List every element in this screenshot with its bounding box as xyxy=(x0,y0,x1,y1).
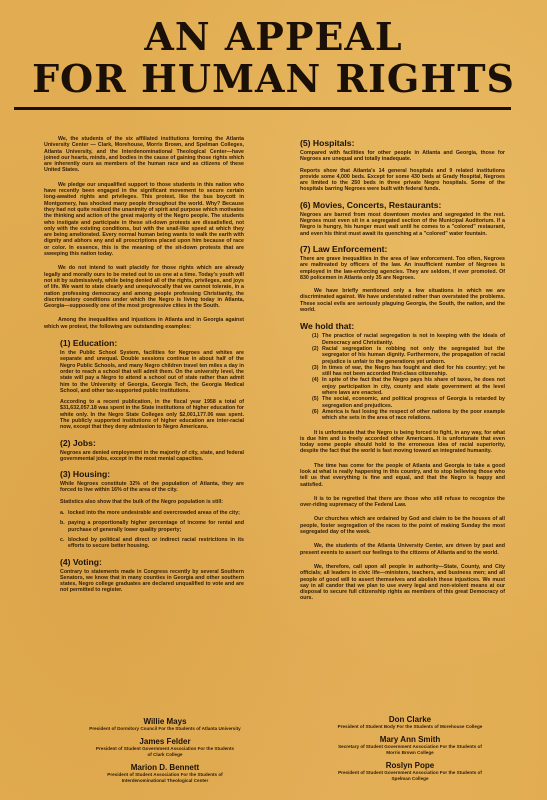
section-paragraph: Contrary to statements made in Congress … xyxy=(60,569,244,594)
signatory-title: President of Dormitory Council For the S… xyxy=(40,726,290,731)
document-title-line1: AN APPEAL xyxy=(0,16,547,58)
section-heading: (7) Law Enforcement: xyxy=(300,244,505,254)
list-item-text: In times of war, the Negro has fought an… xyxy=(322,365,505,378)
list-marker: (1) xyxy=(312,333,322,346)
section-voting: (4) Voting: Contrary to statements made … xyxy=(60,557,244,594)
section-hospitals: (5) Hospitals: Compared with facilities … xyxy=(300,138,505,193)
section-heading: (6) Movies, Concerts, Restaurants: xyxy=(300,200,505,210)
list-item: (4)In spite of the fact that the Negro p… xyxy=(312,377,505,396)
section-paragraph: Negroes are denied employment in the maj… xyxy=(60,450,244,463)
title-rule-divider xyxy=(14,107,511,110)
list-item-text: The practice of racial segregation is no… xyxy=(322,333,505,346)
list-item: (3)In times of war, the Negro has fought… xyxy=(312,365,505,378)
intro-paragraph: We do not intend to wait placidly for th… xyxy=(44,265,244,309)
closing-paragraph: It is unfortunate that the Negro is bein… xyxy=(300,430,505,455)
signature-block: Willie Mays President of Dormitory Counc… xyxy=(40,717,290,731)
list-marker: (3) xyxy=(312,365,322,378)
closing-paragraph: We, therefore, call upon all people in a… xyxy=(300,564,505,602)
signatory-title: President of Student Government Associat… xyxy=(40,746,290,757)
list-item: b.paying a proportionally higher percent… xyxy=(60,520,244,533)
list-item: (2)Racial segregation is robbing not onl… xyxy=(312,346,505,365)
signatures-right: Don Clarke President of Student Body For… xyxy=(290,715,530,787)
list-item-text: In spite of the fact that the Negro pays… xyxy=(322,377,505,396)
section-paragraph: Negroes are barred from most downtown mo… xyxy=(300,212,505,237)
section-paragraph: Statistics also show that the bulk of th… xyxy=(60,499,244,505)
list-marker: (5) xyxy=(312,396,322,409)
signatory-title: President of Student Body For the Studen… xyxy=(290,724,530,729)
summary-paragraph: We have briefly mentioned only a few sit… xyxy=(300,288,505,313)
section-law-enforcement: (7) Law Enforcement: There are grave ine… xyxy=(300,244,505,281)
list-item-text: America is fast losing the respect of ot… xyxy=(322,409,505,422)
signatory-name: Roslyn Pope xyxy=(290,761,530,770)
list-item: a.locked into the more undesirable and o… xyxy=(60,510,244,516)
document-title-line2: FOR HUMAN RIGHTS xyxy=(0,58,547,100)
intro-paragraph: Among the inequalities and injustices in… xyxy=(44,317,244,330)
list-item: (6)America is fast losing the respect of… xyxy=(312,409,505,422)
section-heading: (5) Hospitals: xyxy=(300,138,505,148)
list-item-text: paying a proportionally higher percentag… xyxy=(68,520,244,533)
signatures-left: Willie Mays President of Dormitory Counc… xyxy=(40,717,290,789)
list-item-text: locked into the more undesirable and ove… xyxy=(68,510,240,516)
section-paragraph: While Negroes constitute 32% of the popu… xyxy=(60,481,244,494)
hold-list: (1)The practice of racial segregation is… xyxy=(312,333,505,421)
section-paragraph: In the Public School System, facilities … xyxy=(60,350,244,394)
list-marker: (6) xyxy=(312,409,322,422)
section-paragraph: Reports show that Atlanta's 14 general h… xyxy=(300,168,505,193)
signatory-title: President of Student Association For the… xyxy=(40,772,290,783)
signatory-name: Willie Mays xyxy=(40,717,290,726)
signatory-name: James Felder xyxy=(40,737,290,746)
closing-paragraph: We, the students of the Atlanta Universi… xyxy=(300,543,505,556)
section-paragraph: There are grave inequalities in the area… xyxy=(300,256,505,281)
list-marker: (4) xyxy=(312,377,322,396)
signature-block: James Felder President of Student Govern… xyxy=(40,737,290,757)
signature-block: Don Clarke President of Student Body For… xyxy=(290,715,530,729)
list-item-text: Racial segregation is robbing not only t… xyxy=(322,346,505,365)
section-housing: (3) Housing: While Negroes constitute 32… xyxy=(60,469,244,549)
hold-heading: We hold that: xyxy=(300,321,505,331)
section-heading: (2) Jobs: xyxy=(60,438,244,448)
signature-block: Mary Ann Smith Secretary of Student Gove… xyxy=(290,735,530,755)
section-heading: (3) Housing: xyxy=(60,469,244,479)
signature-block: Marion D. Bennett President of Student A… xyxy=(40,763,290,783)
section-heading: (4) Voting: xyxy=(60,557,244,567)
list-item: (1)The practice of racial segregation is… xyxy=(312,333,505,346)
closing-paragraph: The time has come for the people of Atla… xyxy=(300,463,505,488)
list-marker: c. xyxy=(60,537,68,550)
intro-paragraph: We, the students of the six affiliated i… xyxy=(44,136,244,174)
signatory-name: Don Clarke xyxy=(290,715,530,724)
list-marker: a. xyxy=(60,510,68,516)
left-column: We, the students of the six affiliated i… xyxy=(44,136,244,601)
section-heading: (1) Education: xyxy=(60,338,244,348)
list-item-text: blocked by political and direct or indir… xyxy=(68,537,244,550)
section-jobs: (2) Jobs: Negroes are denied employment … xyxy=(60,438,244,463)
intro-paragraph: We pledge our unqualified support to tho… xyxy=(44,182,244,258)
list-item-text: The social, economic, and political prog… xyxy=(322,396,505,409)
closing-paragraph: It is to be regretted that there are tho… xyxy=(300,496,505,509)
signature-block: Roslyn Pope President of Student Governm… xyxy=(290,761,530,781)
section-movies: (6) Movies, Concerts, Restaurants: Negro… xyxy=(300,200,505,237)
right-column: (5) Hospitals: Compared with facilities … xyxy=(300,136,505,610)
list-item: c.blocked by political and direct or ind… xyxy=(60,537,244,550)
signatory-name: Mary Ann Smith xyxy=(290,735,530,744)
housing-list: a.locked into the more undesirable and o… xyxy=(60,510,244,549)
list-marker: (2) xyxy=(312,346,322,365)
list-marker: b. xyxy=(60,520,68,533)
signatory-name: Marion D. Bennett xyxy=(40,763,290,772)
section-paragraph: According to a recent publication, in th… xyxy=(60,399,244,430)
section-paragraph: Compared with facilities for other peopl… xyxy=(300,150,505,163)
signatory-title: President of Student Government Associat… xyxy=(290,770,530,781)
section-education: (1) Education: In the Public School Syst… xyxy=(60,338,244,431)
closing-paragraph: Our churches which are ordained by God a… xyxy=(300,516,505,535)
signatory-title: Secretary of Student Government Associat… xyxy=(290,744,530,755)
list-item: (5)The social, economic, and political p… xyxy=(312,396,505,409)
